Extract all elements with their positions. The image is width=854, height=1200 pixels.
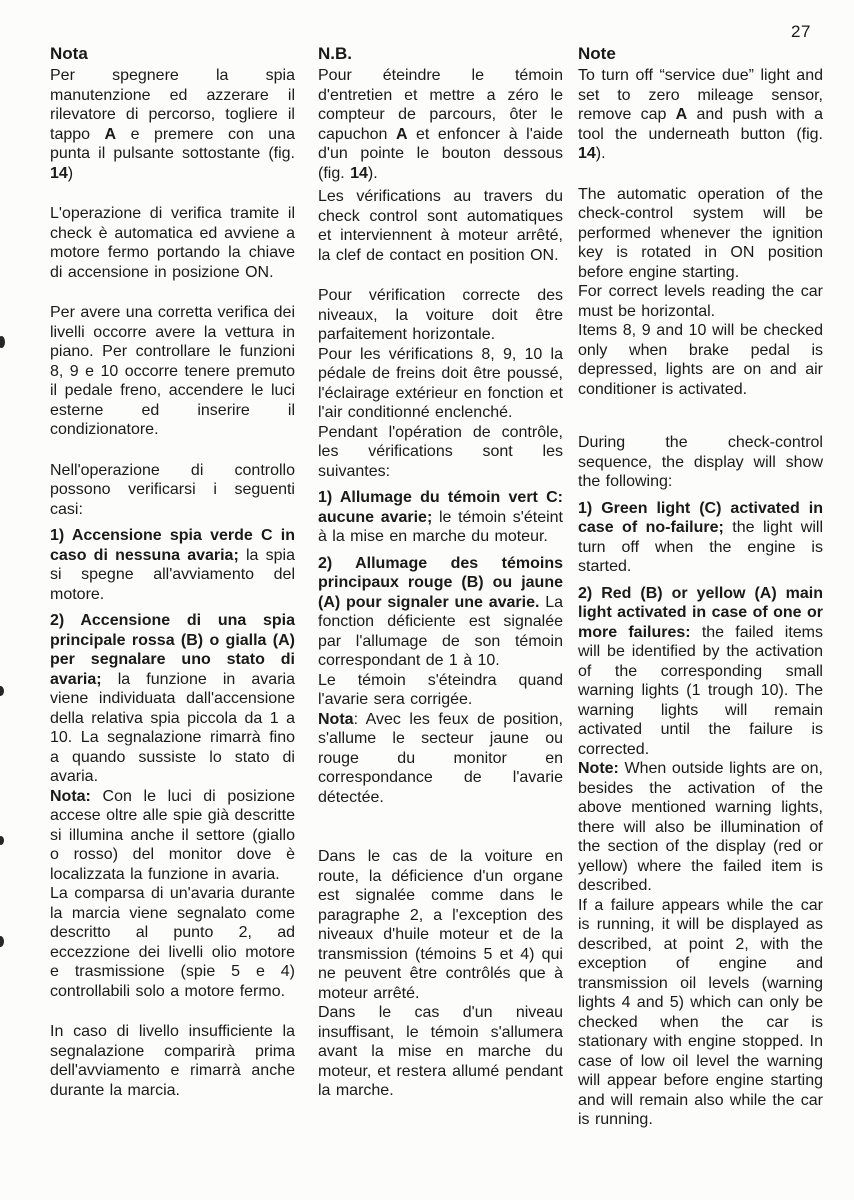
column-heading: Nota — [50, 44, 295, 64]
page-number: 27 — [791, 22, 811, 42]
text-segment: Per avere una corretta verifica dei live… — [50, 304, 295, 438]
text-segment: N.B. — [318, 44, 352, 63]
paragraph: Pour les vérifications 8, 9, 10 la pédal… — [318, 345, 563, 423]
text-segment: Pour les vérifications 8, 9, 10 la pédal… — [318, 346, 563, 422]
paragraph: L'operazione di verifica tramite il chec… — [50, 204, 295, 282]
text-segment: Nell'operazione di controllo possono ver… — [50, 462, 295, 518]
text-segment: 2) Allumage des témoins principaux rouge… — [318, 555, 563, 611]
text-segment: ) — [68, 165, 73, 182]
text-segment: ). — [596, 145, 606, 162]
text-segment: 14 — [50, 165, 68, 182]
paragraph: During the check-control sequence, the d… — [578, 433, 823, 492]
paragraph: To turn off “service due” light and set … — [578, 66, 823, 164]
paragraph: Nell'operazione di controllo possono ver… — [50, 461, 295, 520]
column-italian: NotaPer spegnere la spia manutenzione ed… — [50, 44, 295, 1100]
text-segment: L'operazione di verifica tramite il chec… — [50, 205, 295, 281]
text-segment: The automatic operation of the check-con… — [578, 186, 823, 281]
text-segment: Pour vérification correcte des niveaux, … — [318, 287, 563, 343]
scan-artifact — [0, 686, 4, 696]
column-heading: N.B. — [318, 44, 563, 64]
paragraph: Pour vérification correcte des niveaux, … — [318, 286, 563, 345]
text-segment: Dans le cas de la voiture en route, la d… — [318, 848, 563, 1002]
text-segment: Nota — [50, 44, 88, 63]
paragraph: Dans le cas d'un niveau insuffisant, le … — [318, 1003, 563, 1101]
column-english: NoteTo turn off “service due” light and … — [578, 44, 823, 1130]
text-segment: Nota — [318, 711, 354, 728]
paragraph: Per avere una corretta verifica dei live… — [50, 303, 295, 440]
text-segment: Pendant l'opération de contrôle, les vér… — [318, 424, 563, 480]
text-segment: A — [676, 106, 688, 123]
paragraph: Les vérifications au travers du check co… — [318, 187, 563, 265]
paragraph: In caso di livello insufficiente la segn… — [50, 1022, 295, 1100]
numbered-item: 1) Allumage du témoin vert C: aucune ava… — [318, 488, 563, 547]
paragraph: The automatic operation of the check-con… — [578, 185, 823, 283]
text-segment: Note — [578, 44, 616, 63]
scan-artifact — [0, 336, 5, 348]
numbered-item: 2) Accensione di una spia principale ros… — [50, 611, 295, 787]
text-segment: ). — [368, 165, 378, 182]
manual-page: 27 NotaPer spegnere la spia manutenzione… — [0, 0, 854, 1200]
column-french: N.B.Pour éteindre le témoin d'entretien … — [318, 44, 563, 1101]
text-segment: During the check-control sequence, the d… — [578, 434, 823, 490]
column-heading: Note — [578, 44, 823, 64]
numbered-item: 2) Allumage des témoins principaux rouge… — [318, 554, 563, 671]
text-segment: Note: — [578, 760, 619, 777]
paragraph: Pour éteindre le témoin d'entretien et m… — [318, 66, 563, 183]
paragraph: La comparsa di un'avaria durante la marc… — [50, 884, 295, 1001]
paragraph: Items 8, 9 and 10 will be checked only w… — [578, 321, 823, 399]
paragraph: If a failure appears while the car is ru… — [578, 896, 823, 1130]
text-segment: In caso di livello insufficiente la segn… — [50, 1023, 295, 1099]
text-segment: When outside lights are on, besides the … — [578, 760, 823, 894]
paragraph: Note: When outside lights are on, beside… — [578, 759, 823, 896]
text-segment: If a failure appears while the car is ru… — [578, 897, 823, 1129]
text-segment: : Avec les feux de position, s'allume le… — [318, 711, 563, 806]
numbered-item: 2) Red (B) or yellow (A) main light acti… — [578, 584, 823, 760]
paragraph: Nota: Avec les feux de position, s'allum… — [318, 710, 563, 808]
text-segment: 14 — [350, 165, 368, 182]
text-segment: 14 — [578, 145, 596, 162]
text-segment: Les vérifications au travers du check co… — [318, 188, 563, 264]
paragraph: Per spegnere la spia manutenzione ed azz… — [50, 66, 295, 183]
paragraph: Dans le cas de la voiture en route, la d… — [318, 847, 563, 1003]
paragraph: For correct levels reading the car must … — [578, 282, 823, 321]
paragraph: Nota: Con le luci di posizione accese ol… — [50, 787, 295, 885]
paragraph: Pendant l'opération de contrôle, les vér… — [318, 423, 563, 482]
scan-artifact — [0, 936, 4, 947]
text-segment: Le témoin s'éteindra quand l'avarie sera… — [318, 672, 563, 709]
text-segment: La comparsa di un'avaria durante la marc… — [50, 885, 295, 1000]
text-segment: Dans le cas d'un niveau insuffisant, le … — [318, 1004, 563, 1099]
text-segment: the failed items will be identified by t… — [578, 624, 823, 758]
numbered-item: 1) Green light (C) activated in case of … — [578, 499, 823, 577]
text-segment: A — [396, 126, 408, 143]
text-segment: Items 8, 9 and 10 will be checked only w… — [578, 322, 823, 398]
numbered-item: 1) Accensione spia verde C in caso di ne… — [50, 526, 295, 604]
text-segment: Nota: — [50, 788, 91, 805]
text-segment: For correct levels reading the car must … — [578, 283, 823, 320]
scan-artifact — [0, 836, 4, 845]
text-segment: A — [105, 126, 117, 143]
paragraph: Le témoin s'éteindra quand l'avarie sera… — [318, 671, 563, 710]
